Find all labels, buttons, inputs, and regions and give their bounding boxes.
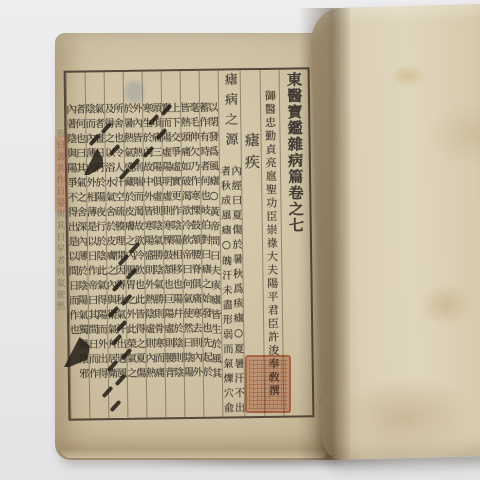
body-subcolumn-pair: 內經曰夏傷於暑秋爲痎瘧○夏暑汗不出 者秋成風瘧○魄汗未盡形弱而氣爍穴兪 <box>220 165 245 417</box>
photo-background: 東醫寶鑑雜病篇卷之七 御醫忠勤貞亮扈聖功臣崇祿大夫陽平君臣許浚奉敎撰 瘧疾 瘧病… <box>0 0 480 480</box>
faded-blue-smudge <box>125 81 144 103</box>
foxing-spot <box>269 93 276 100</box>
curled-edge-text-column: 帝曰善其作日晏與其日早者何氣使然 <box>56 129 66 391</box>
subsection-heading-text: 瘧病之源 <box>223 72 237 165</box>
red-collector-seal <box>245 355 291 413</box>
blank-right-page <box>310 4 480 461</box>
printed-left-page: 東醫寶鑑雜病篇卷之七 御醫忠勤貞亮扈聖功臣崇祿大夫陽平君臣許浚奉敎撰 瘧疾 瘧病… <box>55 33 336 460</box>
